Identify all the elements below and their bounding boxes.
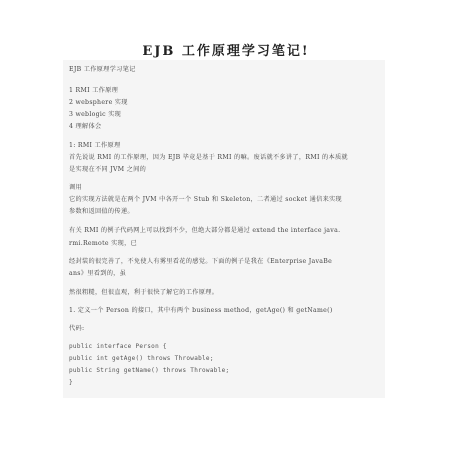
paragraph-line: 是实现在不同 JVM 之间的 [69, 164, 146, 173]
paragraph-line: 1. 定义一个 Person 的接口，其中有两个 business method… [69, 305, 333, 314]
paragraph-line: rmi.Remote 实现，已 [69, 238, 137, 247]
toc-item-1: 1 RMI 工作原理 [69, 85, 118, 94]
paragraph-line: 参数和返回值的传递。 [69, 206, 134, 215]
code-line: public int getAge() throws Throwable; [69, 355, 214, 362]
toc-item-4: 4 理解体会 [69, 121, 101, 130]
code-line: } [69, 379, 73, 386]
page-title: EJB 工作原理学习笔记! [0, 40, 452, 59]
paragraph-line: ans》里看到的，虽 [69, 268, 126, 277]
paragraph-line: 经封装的很完善了，不免使人有雾里看花的感觉。下面的例子是我在《Enterpris… [69, 256, 332, 265]
paragraph-label: 调用 [69, 182, 82, 191]
code-line: public interface Person { [69, 343, 167, 350]
toc-item-2: 2 websphere 实现 [69, 97, 128, 106]
code-label: 代码: [69, 323, 84, 332]
paragraph-line: 然很粗糙，但很直观，利于很快了解它的工作原理。 [69, 287, 218, 296]
document-heading: EJB 工作原理学习笔记 [69, 64, 136, 73]
toc-item-3: 3 weblogic 实现 [69, 109, 121, 118]
paragraph-line: 它的实现方法就是在两个 JVM 中各开一个 Stub 和 Skeleton，二者… [69, 194, 342, 203]
section-title: 1: RMI 工作原理 [69, 140, 120, 149]
paragraph-line: 有关 RMI 的例子代码网上可以找到不少，但绝大部分都是通过 extend th… [69, 225, 340, 234]
paragraph-line: 首先说说 RMI 的工作原理，因为 EJB 毕竟是基于 RMI 的嘛。废话就不多… [69, 152, 348, 161]
code-line: public String getName() throws Throwable… [69, 367, 229, 374]
